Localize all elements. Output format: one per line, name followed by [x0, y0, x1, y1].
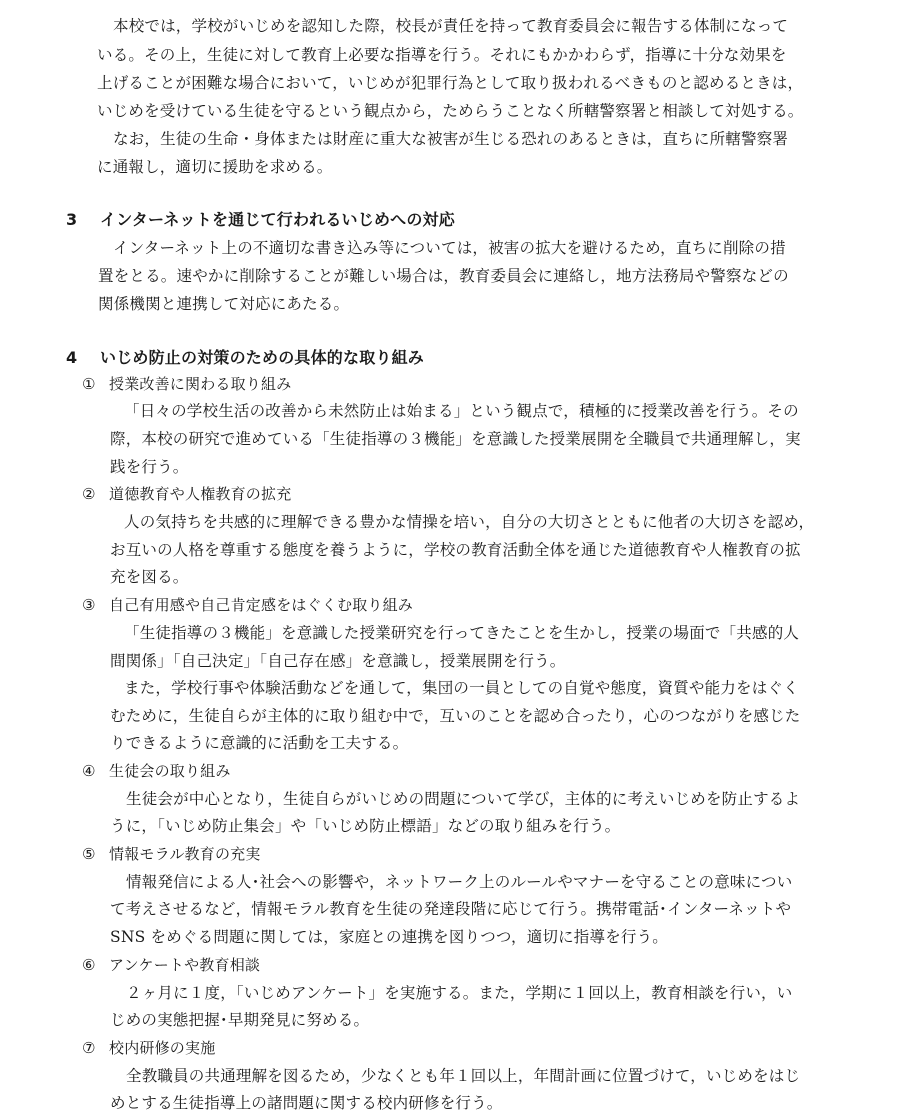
paragraph-line: ２ヶ月に１度，「いじめアンケート」を実施する。また，学期に１回以上，教育相談を行… [126, 983, 792, 1003]
item-heading: ④生徒会の取り組み [82, 761, 231, 781]
item-heading: ③自己有用感や自己肯定感をはぐくむ取り組み [82, 595, 413, 615]
paragraph-line: 践を行う。 [110, 457, 189, 477]
paragraph-line: りできるように意識的に活動を工夫する。 [110, 733, 408, 753]
item-heading: ①授業改善に関わる取り組み [82, 374, 291, 394]
paragraph-line: 関係機関と連携して対応にあたる。 [98, 294, 349, 314]
paragraph-line: むために，生徒自らが主体的に取り組む中で，互いのことを認め合ったり，心のつながり… [110, 706, 801, 726]
section-title: いじめ防止の対策のための具体的な取り組み [100, 348, 424, 367]
item-marker: ⑦ [82, 1038, 109, 1058]
item-heading: ②道徳教育や人権教育の拡充 [82, 484, 291, 504]
paragraph-line: SNS をめぐる問題に関しては，家庭との連携を図りつつ，適切に指導を行う。 [110, 927, 668, 947]
paragraph-line: 上げることが困難な場合において，いじめが犯罪行為として取り扱われるべきものと認め… [97, 73, 803, 93]
item-marker: ① [82, 374, 109, 394]
paragraph-line: お互いの人格を尊重する態度を養うように，学校の教育活動全体を通じた道徳教育や人権… [110, 540, 801, 560]
section-heading: 3インターネットを通じて行われるいじめへの対応 [66, 210, 455, 230]
section-number: 4 [66, 348, 100, 368]
item-marker: ⑤ [82, 844, 109, 864]
item-marker: ③ [82, 595, 109, 615]
item-title: 自己有用感や自己肯定感をはぐくむ取り組み [109, 596, 413, 614]
item-marker: ④ [82, 761, 109, 781]
paragraph-line: 「日々の学校生活の改善から未然防止は始まる」という観点で，積極的に授業改善を行う… [124, 401, 799, 421]
item-heading: ⑥アンケートや教育相談 [82, 955, 260, 975]
paragraph-line: いる。その上，生徒に対して教育上必要な指導を行う。それにもかかわらず，指導に十分… [97, 45, 787, 65]
item-title: 生徒会の取り組み [109, 762, 231, 780]
paragraph-line: 際，本校の研究で進めている「生徒指導の３機能」を意識した授業展開を全職員で共通理… [110, 429, 801, 449]
paragraph-line: 生徒会が中心となり，生徒自らがいじめの問題について学び，主体的に考えいじめを防止… [126, 789, 800, 809]
paragraph-line: 置をとる。速やかに削除することが難しい場合は，教育委員会に連絡し，地方法務局や警… [98, 266, 789, 286]
paragraph-line: 本校では，学校がいじめを認知した際，校長が責任を持って教育委員会に報告する体制に… [113, 16, 788, 36]
section-title: インターネットを通じて行われるいじめへの対応 [100, 210, 455, 229]
paragraph-line: いじめを受けている生徒を守るという観点から，ためらうことなく所轄警察署と相談して… [97, 101, 804, 121]
item-marker: ⑥ [82, 955, 109, 975]
paragraph-line: インターネット上の不適切な書き込み等については，被害の拡大を避けるため，直ちに削… [113, 238, 786, 258]
item-title: アンケートや教育相談 [109, 956, 260, 974]
section-number: 3 [66, 210, 100, 230]
paragraph-line: じめの実態把握･早期発見に努める。 [110, 1010, 369, 1030]
paragraph-line: 充を図る。 [110, 567, 189, 587]
item-heading: ⑦校内研修の実施 [82, 1038, 215, 1058]
paragraph-line: また，学校行事や体験活動などを通して，集団の一員としての自覚や態度，資質や能力を… [124, 678, 799, 698]
paragraph-line: なお，生徒の生命・身体または財産に重大な被害が生じる恐れのあるときは，直ちに所轄… [113, 129, 788, 149]
paragraph-line: 間関係」「自己決定」「自己存在感」を意識し，授業展開を行う。 [110, 651, 566, 671]
item-title: 情報モラル教育の充実 [109, 845, 261, 863]
section-heading: 4いじめ防止の対策のための具体的な取り組み [66, 348, 424, 368]
item-title: 授業改善に関わる取り組み [109, 375, 291, 393]
paragraph-line: めとする生徒指導上の諸問題に関する校内研修を行う。 [110, 1093, 503, 1113]
item-heading: ⑤情報モラル教育の充実 [82, 844, 261, 864]
paragraph-line: に通報し，適切に援助を求める。 [97, 157, 333, 177]
paragraph-line: 情報発信による人･社会への影響や，ネットワーク上のルールやマナーを守ることの意味… [126, 872, 792, 892]
item-marker: ② [82, 484, 109, 504]
item-title: 校内研修の実施 [109, 1039, 215, 1057]
paragraph-line: 「生徒指導の３機能」を意識した授業研究を行ってきたことを生かし，授業の場面で「共… [124, 623, 799, 643]
paragraph-line: うに，「いじめ防止集会」や「いじめ防止標語」などの取り組みを行う。 [110, 816, 620, 836]
paragraph-line: 人の気持ちを共感的に理解できる豊かな情操を培い，自分の大切さとともに他者の大切さ… [124, 512, 814, 532]
paragraph-line: て考えさせるなど，情報モラル教育を生徒の発達段階に応じて行う。携帯電話･インター… [110, 899, 791, 919]
paragraph-line: 全教職員の共通理解を図るため，少なくとも年１回以上，年間計画に位置づけて，いじめ… [126, 1066, 800, 1086]
item-title: 道徳教育や人権教育の拡充 [109, 485, 291, 503]
